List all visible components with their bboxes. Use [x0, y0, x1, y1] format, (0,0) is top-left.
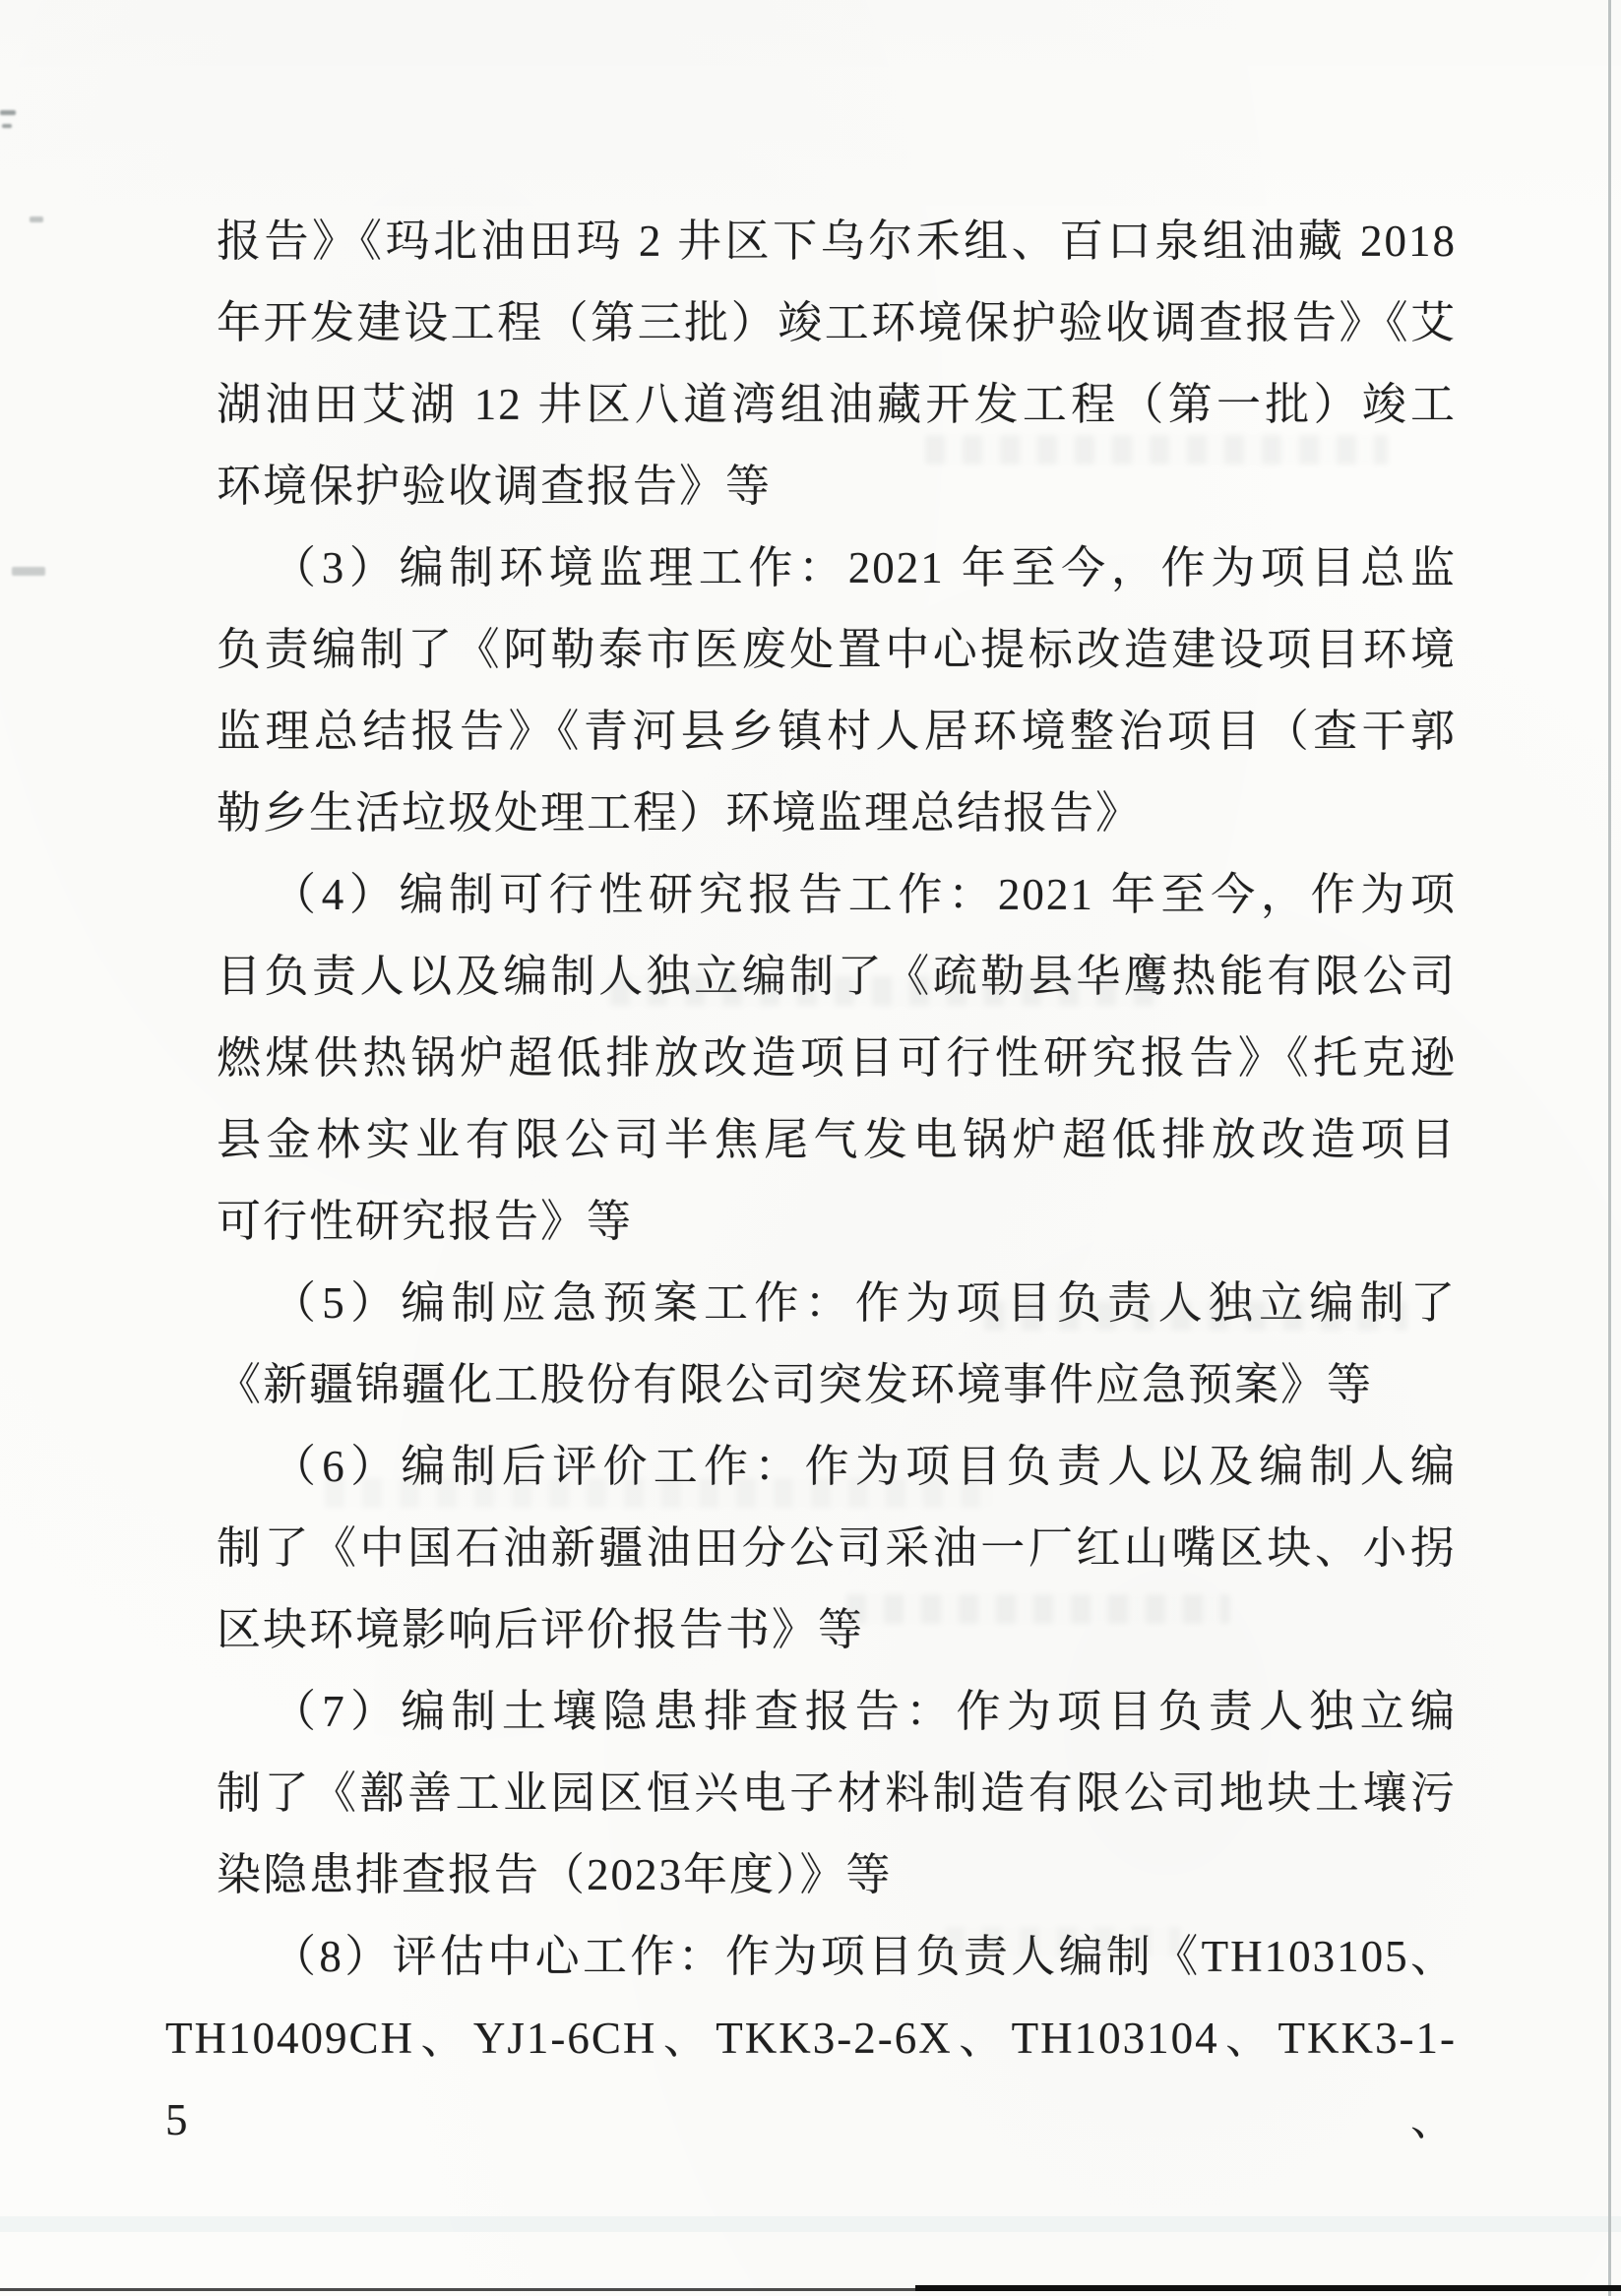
document-text-block: 报告》《玛北油田玛 2 井区下乌尔禾组、百口泉组油藏 2018 年开发建设工程（… [217, 201, 1457, 2079]
scan-smudge [12, 567, 45, 576]
text-line: 湖油田艾湖 12 井区八道湾组油藏开发工程（第一批）竣工 [217, 364, 1457, 446]
scan-edge-line [1608, 0, 1611, 2296]
text-line: 年开发建设工程（第三批）竣工环境保护验收调查报告》《艾 [217, 282, 1457, 364]
scan-shadow-band [0, 2216, 1621, 2232]
text-line: （7）编制土壤隐患排查报告：作为项目负责人独立编 [217, 1671, 1457, 1753]
text-line: 县金林实业有限公司半焦尾气发电锅炉超低排放改造项目 [217, 1099, 1457, 1181]
text-line: 染隐患排查报告（2023年度）》等 [217, 1834, 1457, 1916]
text-line: （4）编制可行性研究报告工作：2021 年至今，作为项 [217, 854, 1457, 936]
text-line: 监理总结报告》《青河县乡镇村人居环境整治项目（查干郭 [217, 691, 1457, 773]
text-line: 环境保护验收调查报告》等 [217, 446, 1457, 527]
scan-smudge [2, 124, 12, 128]
scan-smudge [30, 217, 43, 222]
bottom-scan-bar [915, 2285, 1621, 2291]
scanned-document-page: 报告》《玛北油田玛 2 井区下乌尔禾组、百口泉组油藏 2018 年开发建设工程（… [0, 0, 1621, 2296]
text-line: 目负责人以及编制人独立编制了《疏勒县华鹰热能有限公司 [217, 936, 1457, 1018]
text-line: （3）编制环境监理工作：2021 年至今，作为项目总监 [217, 527, 1457, 609]
text-line: 制了《中国石油新疆油田分公司采油一厂红山嘴区块、小拐 [217, 1508, 1457, 1589]
text-line: 《新疆锦疆化工股份有限公司突发环境事件应急预案》等 [217, 1344, 1457, 1426]
bottom-scan-line [0, 2288, 925, 2291]
text-line: 区块环境影响后评价报告书》等 [217, 1589, 1457, 1671]
text-line: 可行性研究报告》等 [217, 1181, 1457, 1263]
text-line: 燃煤供热锅炉超低排放改造项目可行性研究报告》《托克逊 [217, 1018, 1457, 1099]
text-line: TH10409CH、YJ1-6CH、TKK3-2-6X、TH103104、TKK… [165, 1998, 1457, 2079]
text-line: 负责编制了《阿勒泰市医废处置中心提标改造建设项目环境 [217, 609, 1457, 691]
text-line: 报告》《玛北油田玛 2 井区下乌尔禾组、百口泉组油藏 2018 [217, 201, 1457, 282]
text-line: 制了《鄯善工业园区恒兴电子材料制造有限公司地块土壤污 [217, 1753, 1457, 1834]
text-line: （6）编制后评价工作：作为项目负责人以及编制人编 [217, 1426, 1457, 1508]
scan-smudge [0, 110, 16, 115]
text-line: （8）评估中心工作：作为项目负责人编制《TH103105、 [217, 1916, 1457, 1998]
text-line: 勒乡生活垃圾处理工程）环境监理总结报告》 [217, 773, 1457, 854]
text-line: （5）编制应急预案工作：作为项目负责人独立编制了 [217, 1263, 1457, 1344]
